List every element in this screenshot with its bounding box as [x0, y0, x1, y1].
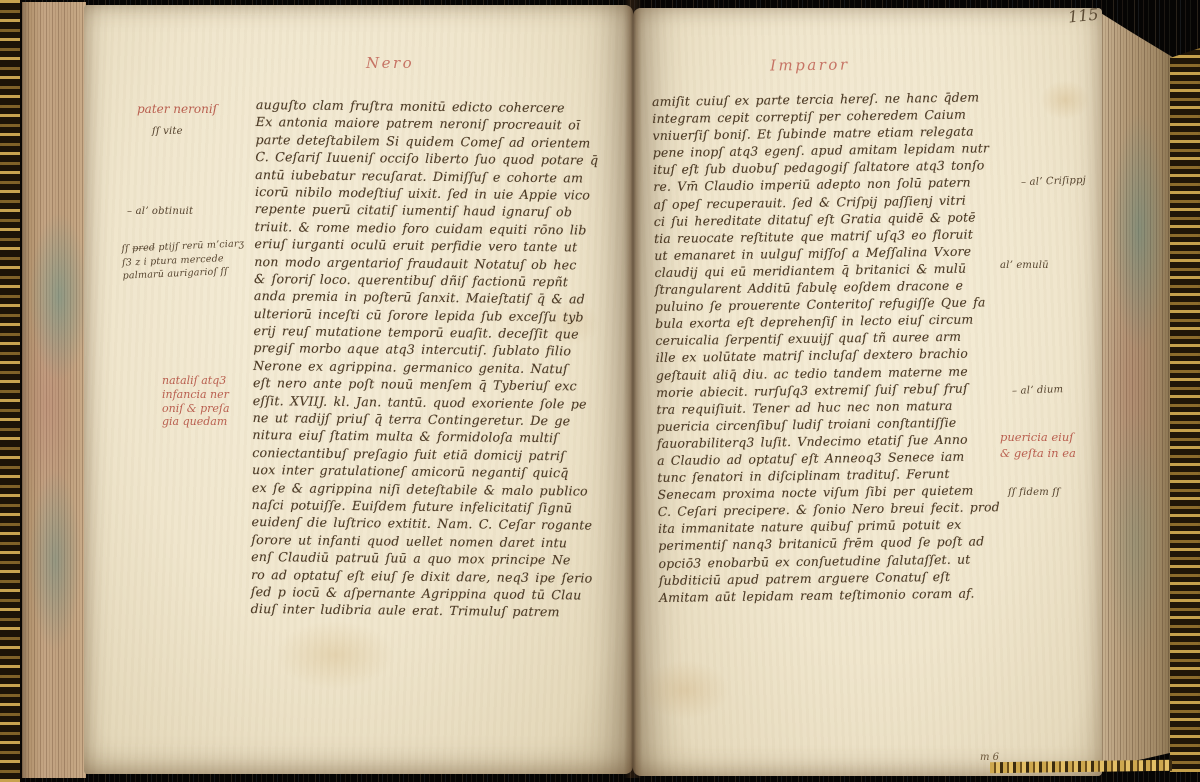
- running-header-nero: Nero: [366, 54, 414, 72]
- right-gold-tooled-binding: [1170, 48, 1200, 772]
- right-page-text-block: amiſit cuiuſ ex parte tercia hereſ. ne h…: [652, 88, 1019, 606]
- right-page-edge-stack: [1096, 0, 1174, 772]
- margin-note-line: gia quedam: [162, 415, 230, 429]
- manuscript-book-photo: Nero Imparor 115 auguſto clam fruſtra mo…: [0, 0, 1200, 782]
- left-gold-tooled-binding: [0, 0, 22, 782]
- margin-note-line: infancia ner: [162, 388, 230, 402]
- margin-note-variant-dium: – alʼ dium: [1012, 384, 1064, 397]
- margin-note-natalis-rubric: nataliſ atq3infancia neroniſ & preſagia …: [162, 374, 230, 429]
- margin-note-variant-obtinuit: – alʼ obtinuit: [127, 206, 193, 217]
- margin-note-variant-emulum: alʼ emulū: [1000, 260, 1049, 271]
- margin-note-line: puericia eiuſ: [1000, 430, 1076, 446]
- margin-note-fidem: ſſ fidem ſſ: [1008, 487, 1060, 498]
- margin-note-omission-correction: ſſ p̶r̶e̶d̶ ptijſ rerū mʼciarʒſ3 z i ptu…: [121, 237, 245, 283]
- left-page-text-block: auguſto clam fruſtra monitū edicto coher…: [251, 96, 628, 622]
- quire-mark: m 6: [980, 752, 999, 763]
- margin-note-line: & geſta in ea: [1000, 446, 1076, 462]
- left-painted-fore-edge: [22, 2, 86, 778]
- margin-note-variant-crisippi: – alʼ Criſippj: [1021, 175, 1086, 188]
- gilt-bottom-page-edge: [990, 760, 1172, 774]
- running-header-imperator: Imparor: [770, 55, 850, 74]
- margin-note-line: oniſ & preſa: [162, 402, 230, 416]
- folio-number: 115: [1067, 4, 1099, 26]
- margin-note-line: nataliſ atq3: [162, 374, 230, 388]
- margin-note-pueritia-rubric: puericia eiuſ& geſta in ea: [1000, 430, 1076, 461]
- margin-note-vite: ſſ vite: [152, 126, 183, 137]
- margin-note-pater-neronis: pater neroniſ: [137, 103, 217, 117]
